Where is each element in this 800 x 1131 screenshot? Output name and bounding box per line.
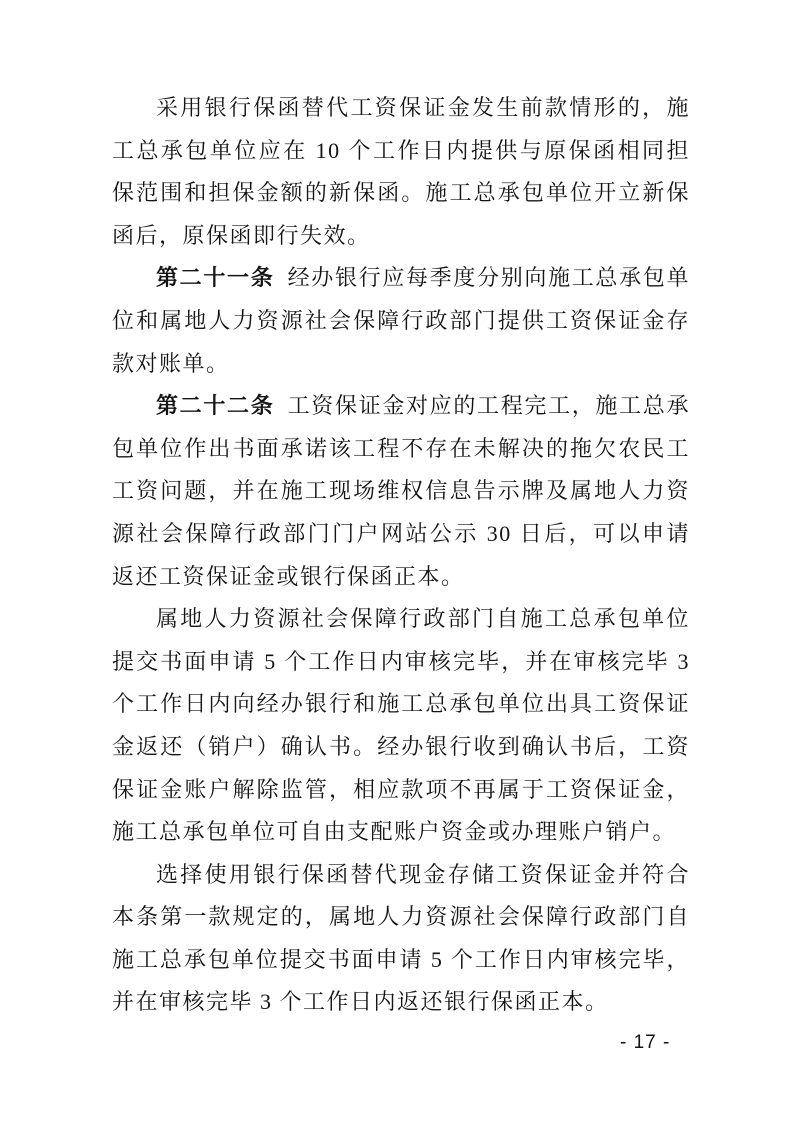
document-page: 采用银行保函替代工资保证金发生前款情形的，施工总承包单位应在 10 个工作日内提…: [0, 0, 800, 1131]
paragraph-text: 采用银行保函替代工资保证金发生前款情形的，施工总承包单位应在 10 个工作日内提…: [112, 95, 690, 248]
article-number: 第二十一条: [156, 265, 274, 290]
paragraph: 选择使用银行保函替代现金存储工资保证金并符合本条第一款规定的，属地人力资源社会保…: [112, 854, 690, 1024]
paragraph: 第二十二条工资保证金对应的工程完工，施工总承包单位作出书面承诺该工程不存在未解决…: [112, 385, 690, 598]
page-number: - 17 -: [620, 1032, 670, 1054]
paragraph: 采用银行保函替代工资保证金发生前款情形的，施工总承包单位应在 10 个工作日内提…: [112, 87, 690, 257]
paragraph-text: 工资保证金对应的工程完工，施工总承包单位作出书面承诺该工程不存在未解决的拖欠农民…: [112, 393, 690, 588]
paragraph: 属地人力资源社会保障行政部门自施工总承包单位提交书面申请 5 个工作日内审核完毕…: [112, 598, 690, 854]
paragraph: 第二十一条经办银行应每季度分别向施工总承包单位和属地人力资源社会保障行政部门提供…: [112, 257, 690, 385]
article-number: 第二十二条: [156, 393, 274, 418]
paragraph-text: 选择使用银行保函替代现金存储工资保证金并符合本条第一款规定的，属地人力资源社会保…: [112, 862, 690, 1015]
paragraph-text: 属地人力资源社会保障行政部门自施工总承包单位提交书面申请 5 个工作日内审核完毕…: [112, 606, 690, 844]
document-body: 采用银行保函替代工资保证金发生前款情形的，施工总承包单位应在 10 个工作日内提…: [112, 87, 690, 1024]
